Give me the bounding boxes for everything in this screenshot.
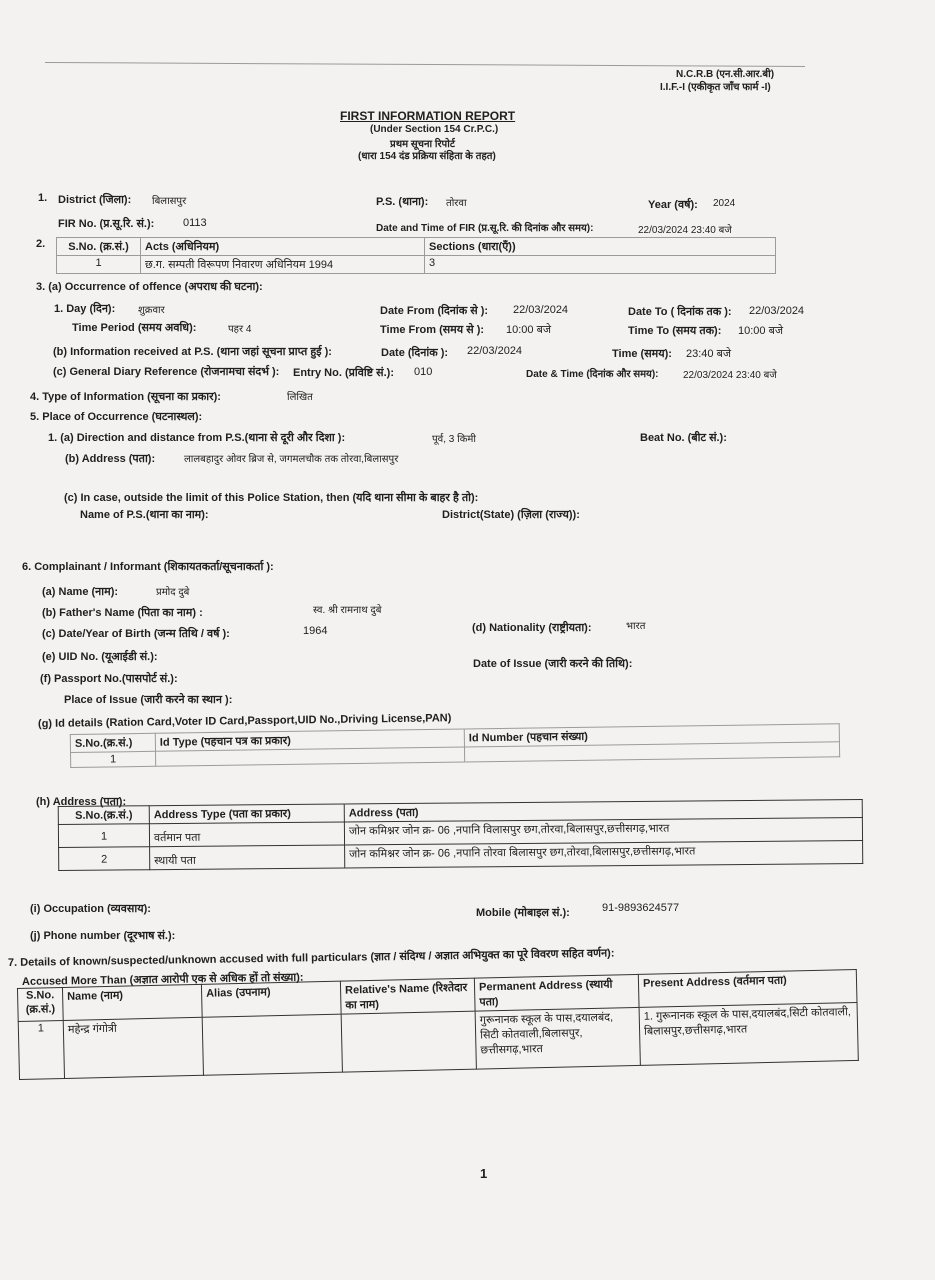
date-to-label: Date To ( दिनांक तक ): [628, 304, 732, 319]
father-name-value: स्व. श्री रामनाथ दुबे [313, 602, 381, 616]
gd-datetime-value: 22/03/2024 23:40 बजे [683, 367, 777, 381]
complainant-name-label: (a) Name (नाम): [42, 584, 118, 599]
id-sno: 1 [71, 751, 156, 767]
date-from-label: Date From (दिनांक से ): [380, 303, 488, 318]
father-name-label: (b) Father's Name (पिता का नाम) : [42, 605, 203, 620]
place-address-value: लालबहादुर ओवर ब्रिज से, जगमलचौक तक तोरवा… [184, 451, 398, 465]
entry-no-value: 010 [414, 366, 432, 378]
info-time-label: Time (समय): [612, 346, 672, 361]
direction-value: पूर्व, 3 किमी [432, 431, 476, 445]
info-time-value: 23:40 बजे [686, 346, 731, 361]
acts-col-sections: Sections (धारा(एँ)) [425, 238, 776, 256]
ncrb-label: N.C.R.B (एन.सी.आर.बी) [676, 66, 774, 80]
acts-sno: 1 [57, 256, 141, 274]
accused-alias [202, 1014, 342, 1075]
phone-label: (j) Phone number (दूरभाष सं.): [30, 928, 175, 943]
time-period-value: पहर 4 [228, 321, 251, 335]
accused-sno: 1 [18, 1020, 64, 1079]
gd-datetime-label: Date & Time (दिनांक और समय): [526, 366, 659, 380]
accused-relative [341, 1011, 476, 1072]
day-value: शुक्रवार [138, 302, 165, 316]
accused-name: महेन्द्र गंगोत्री [63, 1017, 203, 1078]
fir-label: FIR No. (प्र.सू.रि. सं.): [58, 216, 154, 231]
mobile-label: Mobile (मोबाइल सं.): [476, 905, 570, 920]
time-period-label: Time Period (समय अवधि): [72, 320, 196, 335]
accused-col-permanent-address: Permanent Address (स्थायी पता) [474, 974, 639, 1011]
subtitle-hi2: (धारा 154 दंड प्रक्रिया संहिता के तहत) [358, 148, 496, 162]
page-title: FIRST INFORMATION REPORT [340, 109, 515, 123]
table-row: 1 छ.ग. सम्पती विरूपण निवारण अधिनियम 1994… [57, 256, 776, 274]
district-state-label: District(State) (ज़िला (राज्य)): [442, 507, 580, 522]
accused-table: S.No. (क्र.सं.) Name (नाम) Alias (उपनाम)… [17, 969, 859, 1080]
ps-name-label: Name of P.S.(थाना का नाम): [80, 507, 209, 522]
accused-col-alias: Alias (उपनाम) [201, 981, 341, 1017]
id-details-table: S.No.(क्र.सं.) Id Type (पहचान पत्र का प्… [70, 723, 840, 768]
entry-no-label: Entry No. (प्रविष्टि सं.): [293, 365, 394, 380]
gd-ref-label: (c) General Diary Reference (रोजनामचा सं… [53, 364, 279, 379]
outside-limit-label: (c) In case, outside the limit of this P… [64, 490, 478, 505]
info-type-value: लिखित [287, 389, 313, 403]
s5-heading: 5. Place of Occurrence (घटनास्थल): [30, 409, 202, 424]
date-to-value: 22/03/2024 [749, 305, 804, 317]
uid-label: (e) UID No. (यूआईडी सं.): [42, 649, 158, 664]
address-sno: 1 [58, 824, 149, 848]
s7-heading: 7. Details of known/suspected/unknown ac… [8, 945, 615, 970]
id-details-label: (g) Id details (Ration Card,Voter ID Car… [38, 712, 452, 730]
complainant-name-value: प्रमोद दुबे [156, 584, 189, 598]
address-type: स्थायी पता [150, 845, 345, 870]
acts-section: 3 [425, 256, 776, 274]
s6-heading: 6. Complainant / Informant (शिकायतकर्ता/… [22, 559, 274, 574]
address-col-type: Address Type (पता का प्रकार) [149, 804, 344, 824]
info-received-label: (b) Information received at P.S. (थाना ज… [53, 344, 332, 359]
district-label: District (जिला): [58, 192, 131, 207]
address-type: वर्तमान पता [149, 822, 344, 847]
dob-label: (c) Date/Year of Birth (जन्म तिथि / वर्ष… [42, 626, 230, 641]
beat-label: Beat No. (बीट सं.): [640, 430, 727, 445]
fir-value: 0113 [183, 217, 207, 229]
time-to-label: Time To (समय तक): [628, 323, 721, 338]
place-address-label: (b) Address (पता): [65, 451, 155, 466]
time-from-value: 10:00 बजे [506, 322, 551, 337]
accused-col-present-address: Present Address (वर्तमान पता) [638, 969, 857, 1007]
page-number: 1 [480, 1166, 487, 1181]
accused-col-relative: Relative's Name (रिश्तेदार का नाम) [340, 978, 475, 1014]
subtitle-en: (Under Section 154 Cr.P.C.) [370, 124, 498, 135]
ps-label: P.S. (थाना): [376, 194, 428, 209]
accused-permanent-address: गुरूनानक स्कूल के पास,दयालबंद, सिटी कोतव… [475, 1007, 640, 1069]
accused-present-address: 1. गुरूनानक स्कूल के पास,दयालबंद,सिटी को… [639, 1002, 858, 1065]
info-type-label: 4. Type of Information (सूचना का प्रकार)… [30, 389, 221, 404]
mobile-value: 91-9893624577 [602, 902, 679, 914]
fir-datetime-label: Date and Time of FIR (प्र.सू.रि. की दिना… [376, 220, 593, 234]
date-of-issue-label: Date of Issue (जारी करने की तिथि): [473, 656, 632, 671]
acts-col-sno: S.No. (क्र.सं.) [57, 238, 141, 256]
id-col-sno: S.No.(क्र.सं.) [70, 733, 155, 752]
iif-label: I.I.F.-I (एकीकृत जाँच फार्म -I) [660, 79, 771, 93]
time-to-value: 10:00 बजे [738, 323, 783, 338]
id-type [156, 747, 465, 766]
district-value: बिलासपुर [152, 193, 186, 207]
address-col-sno: S.No.(क्र.सं.) [58, 806, 149, 825]
day-label: 1. Day (दिन): [54, 301, 115, 316]
date-from-value: 22/03/2024 [513, 304, 568, 316]
fir-document-page: N.C.R.B (एन.सी.आर.बी) I.I.F.-I (एकीकृत ज… [0, 0, 935, 1280]
acts-table-header: S.No. (क्र.सं.) Acts (अधिनियम) Sections … [57, 238, 776, 256]
info-date-value: 22/03/2024 [467, 345, 522, 357]
acts-table: S.No. (क्र.सं.) Acts (अधिनियम) Sections … [56, 237, 776, 274]
time-from-label: Time From (समय से ): [380, 322, 484, 337]
accused-col-sno: S.No. (क्र.सं.) [17, 987, 63, 1021]
occupation-label: (i) Occupation (व्यवसाय): [30, 901, 151, 916]
passport-label: (f) Passport No.(पासपोर्ट सं.): [40, 671, 178, 686]
acts-col-acts: Acts (अधिनियम) [141, 238, 425, 256]
year-label: Year (वर्ष): [648, 197, 698, 212]
ps-value: तोरवा [446, 195, 467, 209]
place-of-issue-label: Place of Issue (जारी करने का स्थान ): [64, 692, 232, 707]
address-value: जोन कमिश्नर जोन क्र- 06 ,नपानि तोरवा बिल… [345, 840, 863, 868]
address-sno: 2 [59, 847, 150, 871]
info-date-label: Date (दिनांक ): [381, 345, 448, 360]
direction-label: 1. (a) Direction and distance from P.S.(… [48, 430, 345, 445]
s1-num: 1. [38, 192, 47, 204]
fir-datetime-value: 22/03/2024 23:40 बजे [638, 222, 732, 236]
year-value: 2024 [713, 198, 735, 209]
nationality-label: (d) Nationality (राष्ट्रीयता): [472, 620, 592, 635]
acts-act: छ.ग. सम्पती विरूपण निवारण अधिनियम 1994 [141, 256, 425, 274]
address-table: S.No.(क्र.सं.) Address Type (पता का प्रक… [58, 799, 864, 871]
s2-num: 2. [36, 238, 45, 250]
accused-col-name: Name (नाम) [62, 984, 202, 1020]
dob-value: 1964 [303, 625, 327, 637]
s3-heading: 3. (a) Occurrence of offence (अपराध की घ… [36, 279, 263, 294]
nationality-value: भारत [626, 618, 645, 632]
